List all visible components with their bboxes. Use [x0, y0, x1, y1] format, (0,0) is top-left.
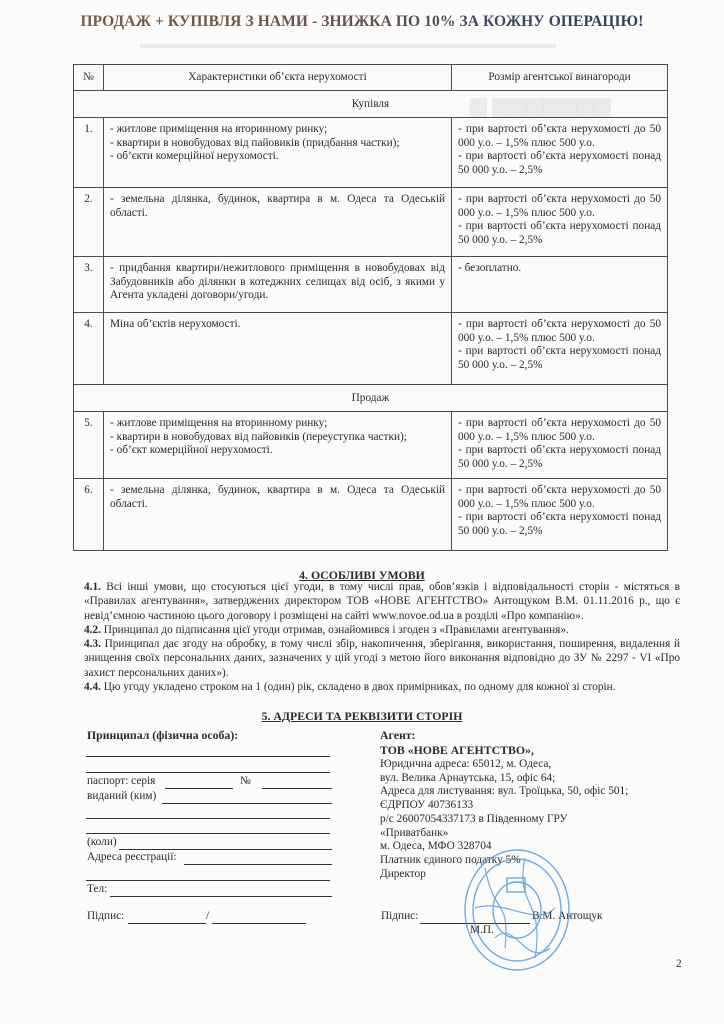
object-cell: - земельна ділянка, будинок, квартира в … — [104, 479, 452, 551]
condition-num: 4.3. — [84, 638, 101, 650]
seal-label: М.П. — [470, 924, 494, 936]
object-line: - земельна ділянка, будинок, квартира в … — [110, 484, 445, 511]
passport-series-label: паспорт: серія — [87, 775, 155, 787]
section-title: Купівля — [74, 91, 668, 118]
agent-detail-line: м. Одеса, МФО 328704 — [380, 840, 680, 854]
registration-field[interactable] — [184, 864, 332, 865]
fee-line: - безоплатно. — [458, 262, 661, 276]
condition-text: Принципал до підписання цієї угоди отрим… — [104, 624, 569, 636]
condition-text: Цю угоду укладено строком на 1 (один) рі… — [104, 681, 616, 693]
agent-signature-label: Підпис: — [381, 910, 418, 922]
phone-label: Тел: — [87, 883, 107, 895]
fee-cell: - при вартості об’єкта нерухомості до 50… — [452, 118, 668, 188]
agent-detail-line: Юридична адреса: 65012, м. Одеса, — [380, 758, 680, 772]
fee-cell: - при вартості об’єкта нерухомості до 50… — [452, 188, 668, 257]
agent-detail-line: вул. Велика Арнаутська, 15, офіс 64; — [380, 772, 680, 786]
fee-cell: - при вартості об’єкта нерухомості до 50… — [452, 479, 668, 551]
registration-field-2[interactable] — [86, 880, 330, 881]
fee-line: - при вартості об’єкта нерухомості понад… — [458, 220, 661, 247]
phone-field[interactable] — [110, 896, 332, 897]
condition-4-3: 4.3. Принципал дає згоду на обробку, в т… — [84, 637, 680, 680]
principal-signature-label: Підпис: — [87, 910, 124, 922]
fee-cell: - безоплатно. — [452, 257, 668, 313]
fee-table: № Характеристики об’єкта нерухомості Роз… — [73, 64, 668, 551]
parties-heading: 5. АДРЕСИ ТА РЕКВІЗИТИ СТОРІН — [0, 709, 724, 724]
fee-line: - при вартості об’єкта нерухомості понад… — [458, 345, 661, 372]
header-object: Характеристики об’єкта нерухомості — [104, 65, 452, 91]
fee-line: - при вартості об’єкта нерухомості до 50… — [458, 123, 661, 150]
issued-when-field[interactable] — [119, 849, 332, 850]
table-row: 1.- житлове приміщення на вторинному рин… — [74, 118, 668, 188]
object-cell: - земельна ділянка, будинок, квартира в … — [104, 188, 452, 257]
agent-detail-line: Платник єдиного податку 5% — [380, 854, 680, 868]
passport-series-field[interactable] — [165, 788, 233, 789]
agent-detail-line: Адреса для листування: вул. Троїцька, 50… — [380, 785, 680, 799]
fee-line: - при вартості об’єкта нерухомості понад… — [458, 150, 661, 177]
object-cell: - житлове приміщення на вторинному ринку… — [104, 118, 452, 188]
agent-detail-line: ЄДРПОУ 40736133 — [380, 799, 680, 813]
section-row: Купівля — [74, 91, 668, 118]
agent-detail-line: Директор — [380, 868, 680, 882]
contract-page: ▬▬▬▬▬▬▬▬▬▬▬▬▬▬▬▬▬▬▬▬▬▬▬▬▬▬▬▬▬▬▬▬ ▆ ▆▆▆▆▆… — [0, 0, 724, 1024]
object-line: - житлове приміщення на вторинному ринку… — [110, 123, 445, 137]
agent-company: ТОВ «НОВЕ АГЕНТСТВО», — [380, 743, 680, 758]
object-line: - придбання квартири/нежитлового приміще… — [110, 262, 445, 303]
table-row: 2.- земельна ділянка, будинок, квартира … — [74, 188, 668, 257]
table-row: 4.Міна об’єктів нерухомості.- при вартос… — [74, 313, 668, 385]
condition-text: Всі інші умови, що стосуються цієї угоди… — [84, 581, 680, 622]
fee-line: - при вартості об’єкта нерухомості до 50… — [458, 318, 661, 345]
row-number: 5. — [74, 412, 104, 479]
row-number: 1. — [74, 118, 104, 188]
object-line: - земельна ділянка, будинок, квартира в … — [110, 193, 445, 220]
agent-block: Агент: ТОВ «НОВЕ АГЕНТСТВО», Юридична ад… — [380, 728, 680, 881]
issued-when-label: (коли) — [87, 836, 117, 848]
condition-num: 4.2. — [84, 624, 101, 636]
row-number: 6. — [74, 479, 104, 551]
special-conditions: 4.1. Всі інші умови, що стосуються цієї … — [84, 580, 680, 694]
row-number: 2. — [74, 188, 104, 257]
row-number: 4. — [74, 313, 104, 385]
condition-num: 4.4. — [84, 681, 101, 693]
object-cell: - придбання квартири/нежитлового приміще… — [104, 257, 452, 313]
agent-details: Юридична адреса: 65012, м. Одеса,вул. Ве… — [380, 758, 680, 881]
fee-cell: - при вартості об’єкта нерухомості до 50… — [452, 412, 668, 479]
section-row: Продаж — [74, 385, 668, 412]
principal-name-field-2[interactable] — [86, 772, 330, 773]
fee-cell: - при вартості об’єкта нерухомості до 50… — [452, 313, 668, 385]
object-cell: Міна об’єктів нерухомості. — [104, 313, 452, 385]
object-line: - квартири в новобудовах від пайовиків (… — [110, 137, 445, 151]
agent-signatory: В.М. Антощук — [532, 910, 603, 922]
condition-text: Принципал дає згоду на обробку, в тому ч… — [84, 638, 680, 679]
issued-by-field-2[interactable] — [86, 818, 330, 819]
agent-detail-line: «Приватбанк» — [380, 827, 680, 841]
fee-line: - при вартості об’єкта нерухомості до 50… — [458, 193, 661, 220]
table-row: 6.- земельна ділянка, будинок, квартира … — [74, 479, 668, 551]
passport-number-field[interactable] — [262, 788, 332, 789]
fee-line: - при вартості об’єкта нерухомості понад… — [458, 444, 661, 471]
agent-detail-line: р/с 26007054337173 в Південному ГРУ — [380, 813, 680, 827]
fee-table-body: Купівля1.- житлове приміщення на вторинн… — [74, 91, 668, 551]
promo-banner: ПРОДАЖ + КУПІВЛЯ З НАМИ - ЗНИЖКА ПО 10% … — [0, 13, 724, 31]
object-line: - об’єкт комерційної нерухомості. — [110, 444, 445, 458]
section-title: Продаж — [74, 385, 668, 412]
object-line: - квартири в новобудовах від пайовиків (… — [110, 431, 445, 445]
table-row: 5.- житлове приміщення на вторинному рин… — [74, 412, 668, 479]
promo-banner-text: ПРОДАЖ + КУПІВЛЯ З НАМИ - ЗНИЖКА ПО 10% … — [81, 13, 644, 30]
condition-4-2: 4.2. Принципал до підписання цієї угоди … — [84, 623, 680, 637]
principal-title: Принципал (фізична особа): — [87, 728, 238, 743]
object-line: - житлове приміщення на вторинному ринку… — [110, 417, 445, 431]
principal-name-field[interactable] — [86, 756, 330, 757]
row-number: 3. — [74, 257, 104, 313]
signature-separator: / — [206, 910, 209, 922]
issued-by-field-3[interactable] — [86, 833, 330, 834]
condition-4-1: 4.1. Всі інші умови, що стосуються цієї … — [84, 580, 680, 623]
fee-line: - при вартості об’єкта нерухомості до 50… — [458, 417, 661, 444]
agent-title: Агент: — [380, 728, 680, 743]
issued-by-label: виданий (ким) — [87, 790, 156, 802]
object-cell: - житлове приміщення на вторинному ринку… — [104, 412, 452, 479]
registration-label: Адреса реєстрації: — [87, 851, 177, 863]
header-fee: Розмір агентської винагороди — [452, 65, 668, 91]
object-line: Міна об’єктів нерухомості. — [110, 318, 445, 332]
fee-table-header: № Характеристики об’єкта нерухомості Роз… — [74, 65, 668, 91]
bleed-through-text: ▬▬▬▬▬▬▬▬▬▬▬▬▬▬▬▬▬▬▬▬▬▬▬▬▬▬▬▬▬▬▬▬ — [140, 36, 556, 52]
condition-num: 4.1. — [84, 581, 101, 593]
issued-by-field[interactable] — [162, 803, 332, 804]
page-number: 2 — [676, 958, 682, 970]
condition-4-4: 4.4. Цю угоду укладено строком на 1 (оди… — [84, 680, 680, 694]
principal-name-print-field[interactable] — [212, 923, 306, 924]
table-row: 3.- придбання квартири/нежитлового примі… — [74, 257, 668, 313]
header-num: № — [74, 65, 104, 91]
fee-line: - при вартості об’єкта нерухомості понад… — [458, 511, 661, 538]
fee-line: - при вартості об’єкта нерухомості до 50… — [458, 484, 661, 511]
object-line: - об’єкти комерційної нерухомості. — [110, 150, 445, 164]
passport-number-label: № — [240, 775, 251, 787]
principal-signature-field[interactable] — [128, 923, 206, 924]
